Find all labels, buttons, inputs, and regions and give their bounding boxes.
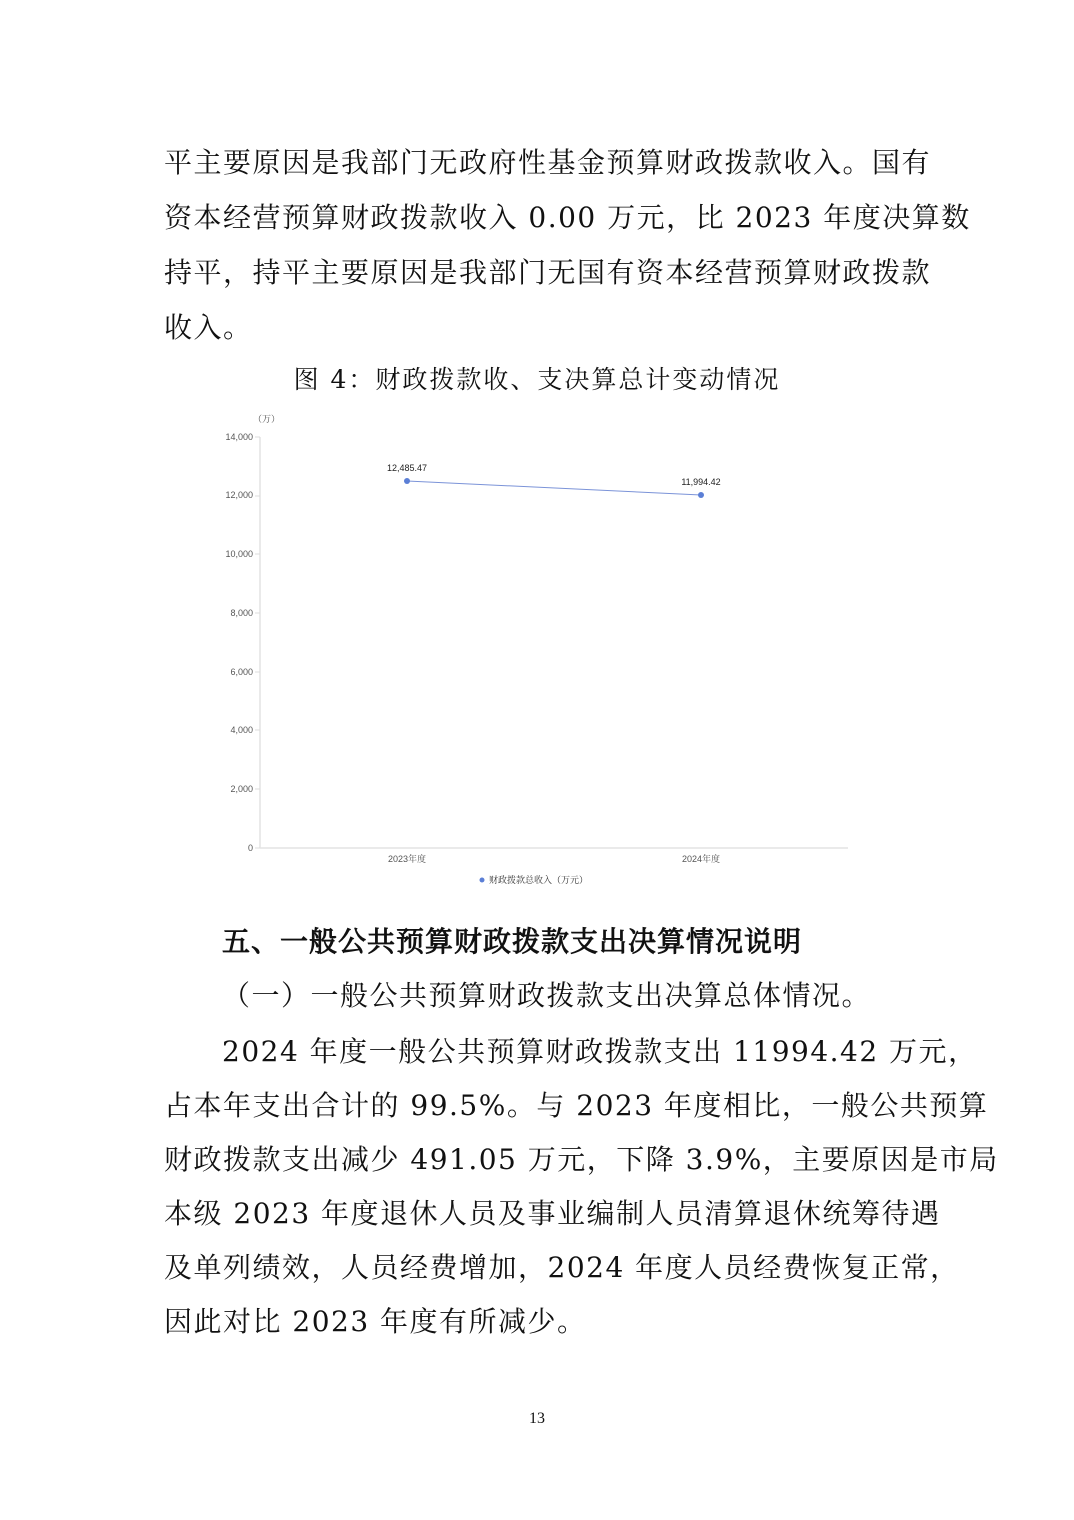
- svg-text:12,485.47: 12,485.47: [387, 463, 427, 473]
- data-labels: 12,485.47 11,994.42: [387, 463, 721, 487]
- body-text-line: 收入。: [164, 310, 914, 346]
- section-heading: 五、一般公共预算财政拨款支出决算情况说明: [222, 924, 802, 960]
- svg-text:2023年度: 2023年度: [388, 853, 426, 864]
- body-text-line: 本级 2023 年度退休人员及事业编制人员清算退休统筹待遇: [164, 1196, 914, 1232]
- svg-text:0: 0: [248, 843, 253, 853]
- data-point[interactable]: [698, 492, 704, 498]
- body-text-line: 平主要原因是我部门无政府性基金预算财政拨款收入。国有: [164, 145, 914, 181]
- body-text-line: 财政拨款支出减少 491.05 万元，下降 3.9%，主要原因是市局: [164, 1142, 914, 1178]
- svg-text:2024年度: 2024年度: [682, 853, 720, 864]
- svg-text:11,994.42: 11,994.42: [681, 477, 720, 487]
- series-line: [407, 481, 701, 495]
- svg-text:8,000: 8,000: [230, 608, 253, 618]
- line-chart: （万） 0 2,000 4,000 6,000 8,000 10,000 12,…: [215, 408, 865, 898]
- y-axis-unit: （万）: [253, 414, 280, 424]
- svg-text:6,000: 6,000: [230, 667, 253, 677]
- figure-caption: 图 4：财政拨款收、支决算总计变动情况: [0, 362, 1074, 398]
- svg-text:14,000: 14,000: [225, 432, 253, 442]
- page-number: 13: [0, 1410, 1074, 1428]
- body-text-line: 因此对比 2023 年度有所减少。: [164, 1304, 914, 1340]
- legend-marker-icon: [480, 878, 485, 883]
- body-text-line: 持平，持平主要原因是我部门无国有资本经营预算财政拨款: [164, 255, 914, 291]
- y-tick-labels: 0 2,000 4,000 6,000 8,000 10,000 12,000 …: [225, 432, 253, 853]
- body-text-line: 及单列绩效，人员经费增加，2024 年度人员经费恢复正常，: [164, 1250, 914, 1286]
- x-tick-labels: 2023年度 2024年度: [388, 853, 720, 864]
- body-text-line: 2024 年度一般公共预算财政拨款支出 11994.42 万元，: [222, 1034, 972, 1070]
- subsection-heading: （一）一般公共预算财政拨款支出决算总体情况。: [222, 978, 972, 1014]
- body-text-line: 资本经营预算财政拨款收入 0.00 万元，比 2023 年度决算数: [164, 200, 914, 236]
- body-text-line: 占本年支出合计的 99.5%。与 2023 年度相比，一般公共预算: [164, 1088, 914, 1124]
- svg-text:10,000: 10,000: [225, 549, 253, 559]
- data-point[interactable]: [404, 478, 410, 484]
- svg-text:4,000: 4,000: [230, 725, 253, 735]
- svg-text:2,000: 2,000: [230, 784, 253, 794]
- legend-label: 财政拨款总收入（万元）: [489, 874, 588, 885]
- svg-text:12,000: 12,000: [225, 490, 253, 500]
